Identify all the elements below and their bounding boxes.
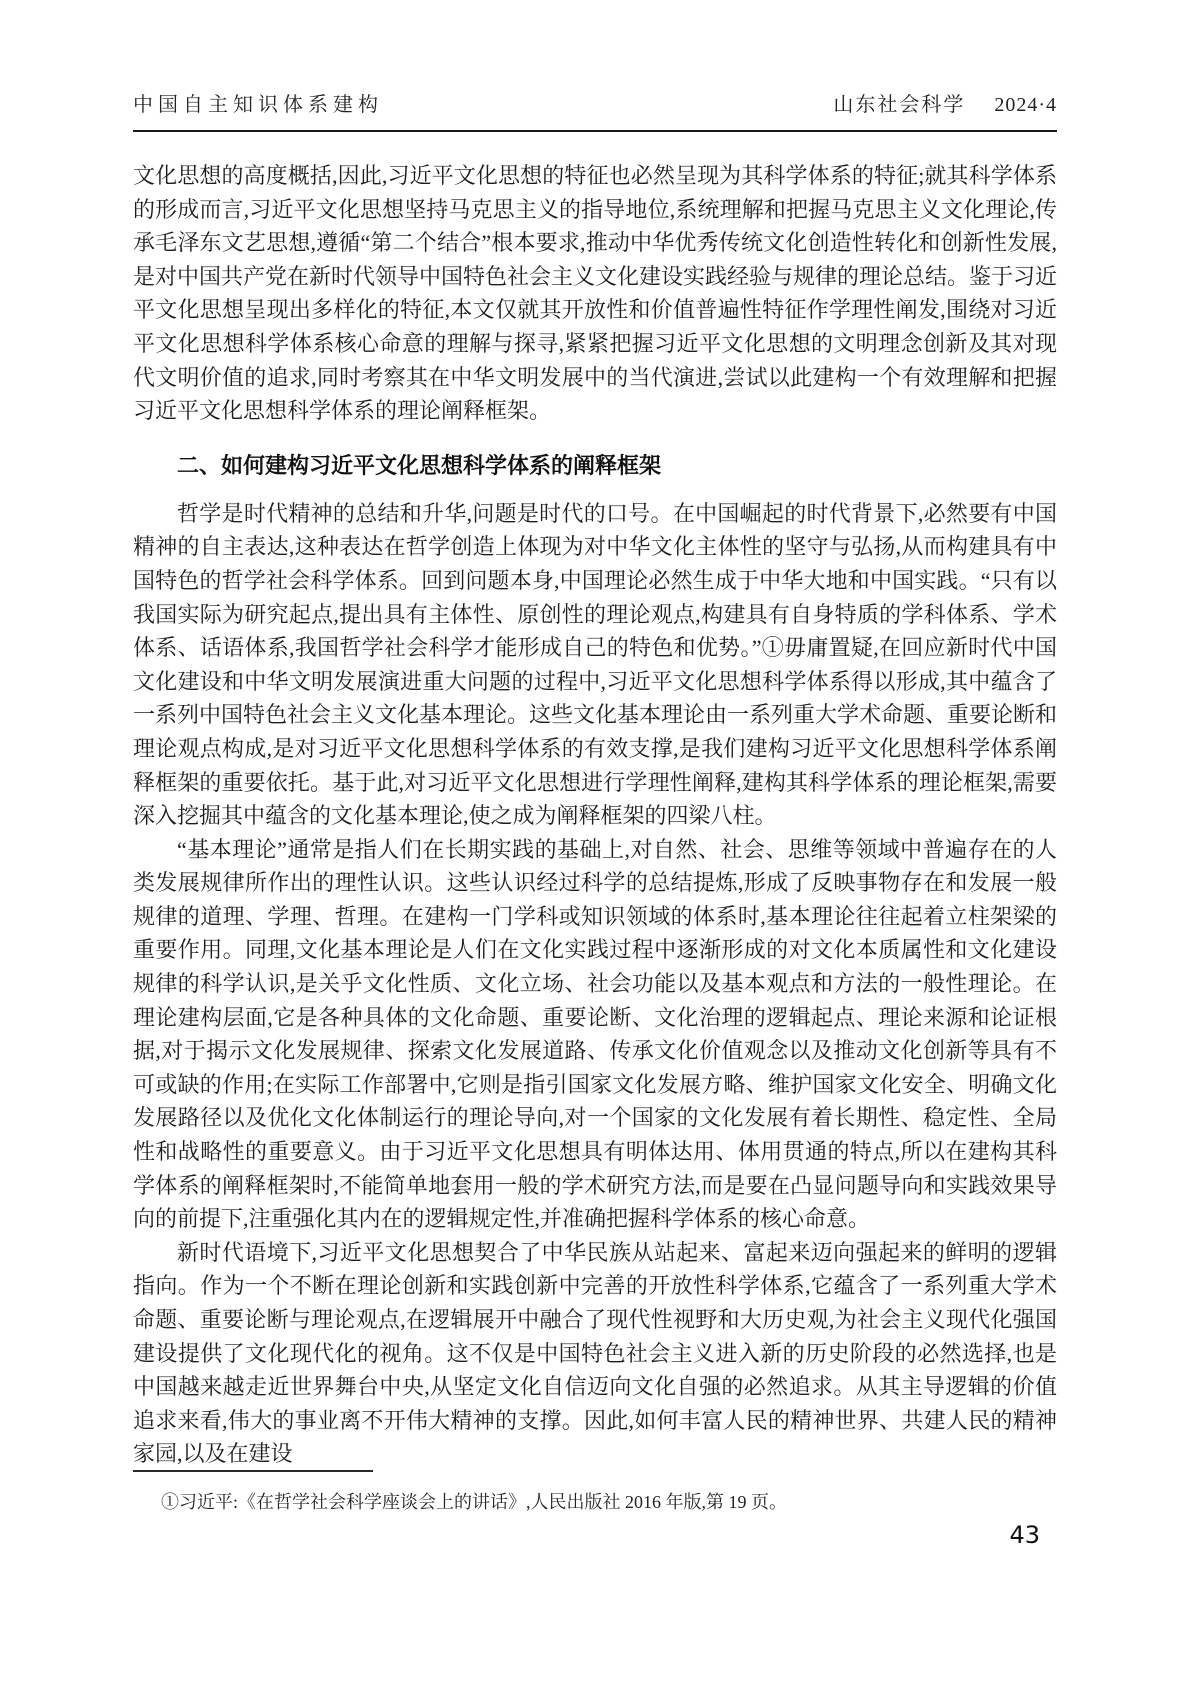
section-heading: 二、如何建构习近平文化思想科学体系的阐释框架 bbox=[133, 449, 1057, 482]
header-rule bbox=[133, 130, 1057, 132]
paragraph: “基本理论”通常是指人们在长期实践的基础上,对自然、社会、思维等领域中普遍存在的… bbox=[133, 833, 1057, 1236]
page-number: 43 bbox=[1009, 1521, 1040, 1549]
paragraph-continuation: 文化思想的高度概括,因此,习近平文化思想的特征也必然呈现为其科学体系的特征;就其… bbox=[133, 159, 1057, 428]
running-head: 中国自主知识体系建构 bbox=[133, 88, 383, 117]
journal-title: 山东社会科学 bbox=[833, 94, 965, 116]
footnote-text: ①习近平:《在哲学社会科学座谈会上的讲话》,人民出版社 2016 年版,第 19… bbox=[133, 1489, 1057, 1515]
footnote-rule bbox=[133, 1470, 373, 1472]
footnote-area: ①习近平:《在哲学社会科学座谈会上的讲话》,人民出版社 2016 年版,第 19… bbox=[133, 1470, 1057, 1515]
journal-info: 山东社会科学 2024·4 bbox=[833, 88, 1057, 117]
issue-number: 2024·4 bbox=[994, 94, 1057, 116]
article-body: 文化思想的高度概括,因此,习近平文化思想的特征也必然呈现为其科学体系的特征;就其… bbox=[133, 159, 1057, 1471]
paragraph: 新时代语境下,习近平文化思想契合了中华民族从站起来、富起来迈向强起来的鲜明的逻辑… bbox=[133, 1236, 1057, 1471]
page-header: 中国自主知识体系建构 山东社会科学 2024·4 bbox=[133, 0, 1057, 117]
document-page: 中国自主知识体系建构 山东社会科学 2024·4 文化思想的高度概括,因此,习近… bbox=[0, 0, 1190, 1683]
paragraph: 哲学是时代精神的总结和升华,问题是时代的口号。在中国崛起的时代背景下,必然要有中… bbox=[133, 497, 1057, 833]
